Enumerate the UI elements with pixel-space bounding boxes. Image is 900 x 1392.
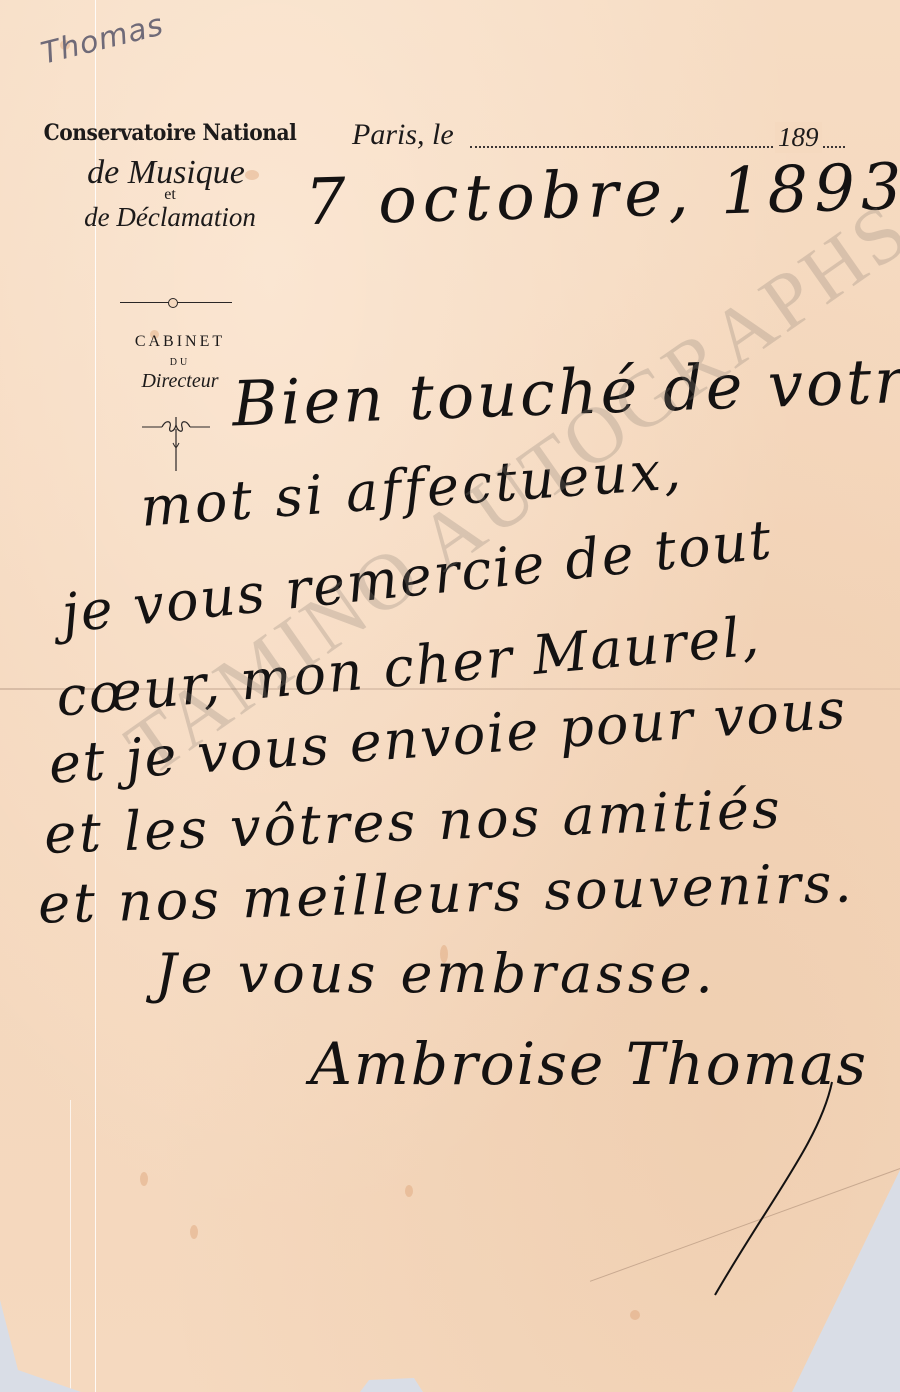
body-line: Bien touché de votre	[231, 343, 900, 441]
body-line: et les vôtres nos amitiés	[43, 777, 784, 866]
margin-line-lower	[70, 1100, 71, 1392]
body-line: mot si affectueux,	[138, 438, 685, 539]
signature-flourish-stroke	[710, 1080, 840, 1300]
ornament-dot-icon	[168, 298, 178, 308]
foxing-spot	[630, 1310, 640, 1320]
foxing-spot	[405, 1185, 413, 1197]
letterhead: Conservatoire National de Musique et de …	[30, 120, 310, 233]
cabinet-label: CABINET	[60, 333, 300, 351]
paris-label: Paris, le	[352, 118, 454, 152]
letter-paper: Thomas Conservatoire National de Musique…	[0, 0, 900, 1392]
letterhead-institution: Conservatoire National	[41, 120, 299, 146]
printed-dateline: Paris, le 189	[352, 118, 852, 158]
closing-line: Je vous embrasse.	[155, 942, 717, 1005]
foxing-spot	[190, 1225, 198, 1239]
foxing-spot	[140, 1172, 148, 1186]
pencil-annotation: Thomas	[38, 7, 168, 71]
flourish-ornament-icon	[140, 415, 212, 473]
printed-year-prefix: 189	[775, 122, 822, 153]
letterhead-declamation: de Déclamation	[30, 202, 310, 233]
body-line: et nos meilleurs souvenirs.	[37, 851, 855, 935]
handwritten-date: 7 octobre, 1893.	[304, 150, 900, 240]
